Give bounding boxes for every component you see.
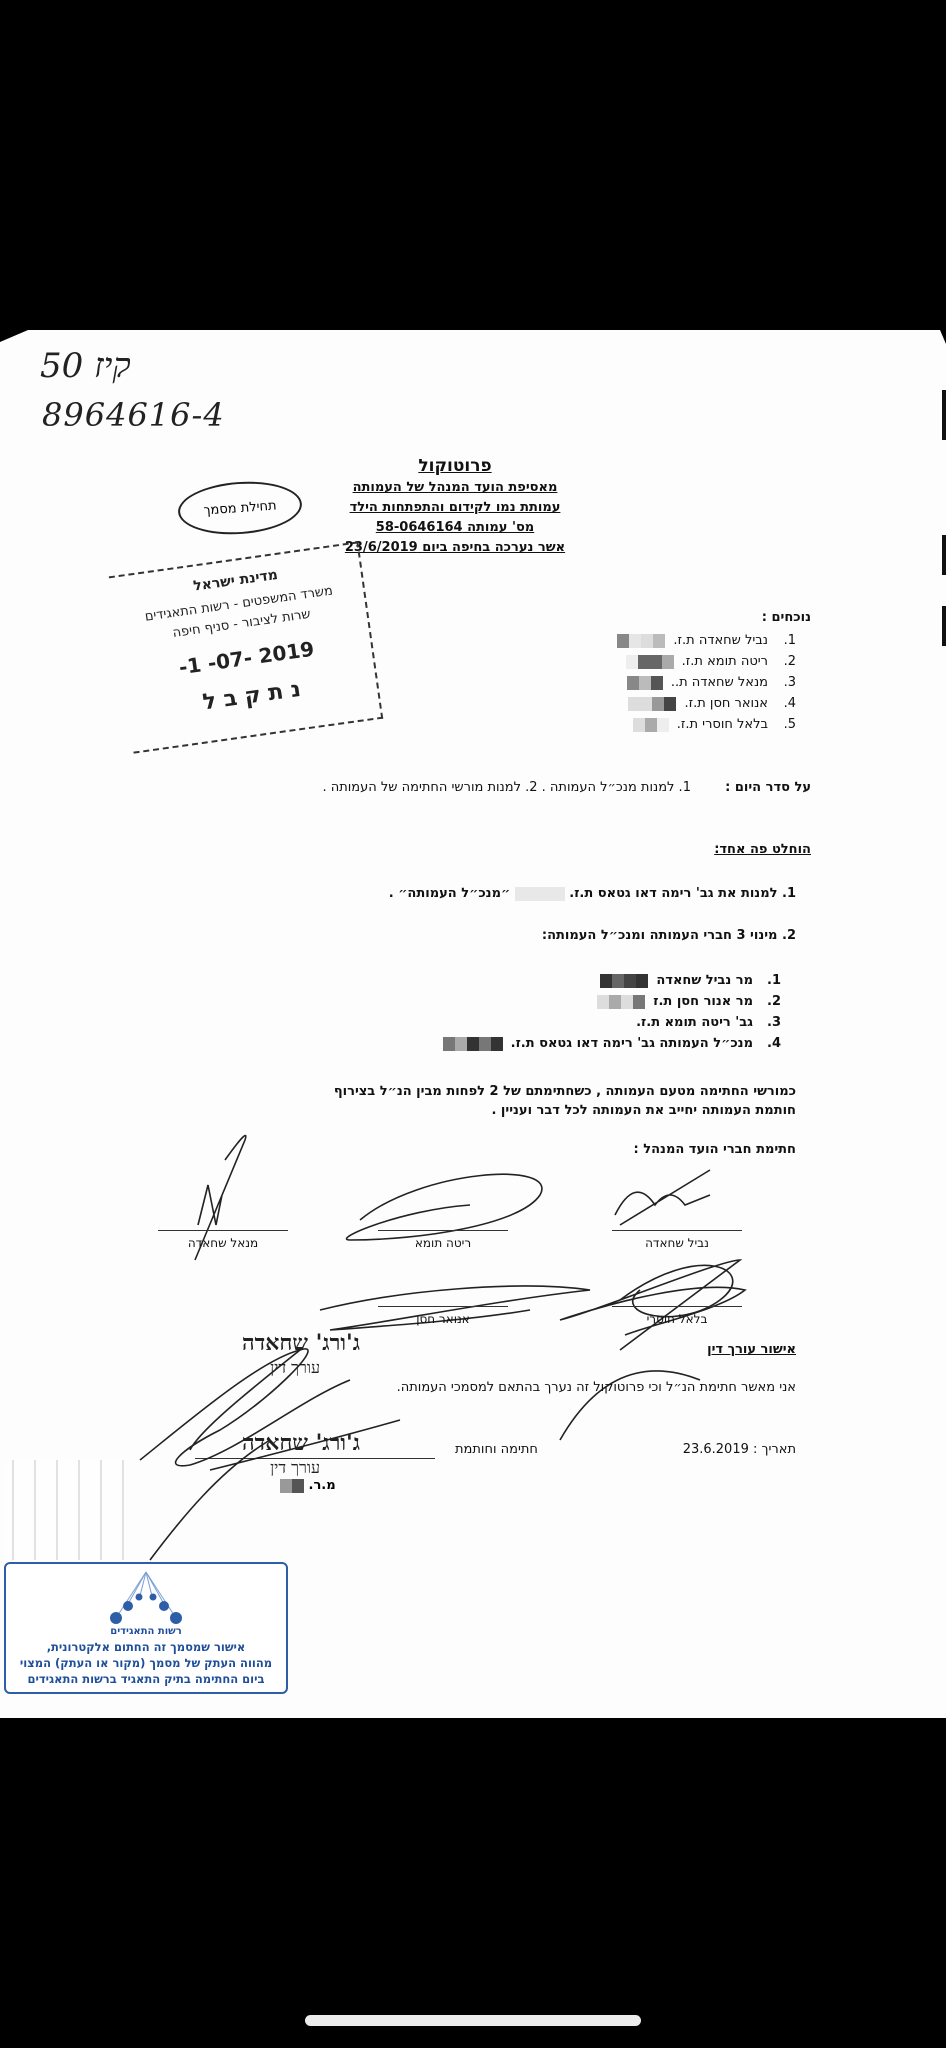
signing-clause: כמורשי החתימה מטעם העמותה , כשחתימתם של …	[156, 1082, 796, 1120]
agenda-text: 1. למנות מנכ״ל העמותה . 2. למנות מורשי ה…	[322, 780, 691, 795]
registration-number: מס' עמותה 58-0646164	[330, 518, 580, 538]
page-edge	[942, 535, 946, 575]
approval-date-row: תאריך : 23.6.2019	[683, 1442, 796, 1457]
attendee-item: 5.בלאל חוסרי ת.ז.	[496, 714, 796, 735]
lawyer-signature	[100, 1320, 420, 1570]
resolution-item-1: 1. למנות את גב' רימה דאו גטאס ת.ז. ״מנכ״…	[156, 886, 796, 901]
clause-line-1: כמורשי החתימה מטעם העמותה , כשחתימתם של …	[156, 1082, 796, 1101]
item-number: 2.	[782, 928, 796, 943]
attendee-text: אנואר חסן ת.ז.	[684, 696, 768, 711]
redaction	[628, 697, 676, 711]
item-number: 2.	[776, 654, 796, 669]
item-number: 3.	[776, 675, 796, 690]
scan-artifact	[4, 1460, 124, 1560]
redaction	[600, 974, 648, 988]
signatory-text: מר נביל שחאדה	[656, 973, 753, 988]
seal-line-2: מהווה העתק של מסמך (מקור או העתק) המצוי	[6, 1656, 286, 1671]
registrar-logo-icon	[106, 1568, 186, 1626]
signatory-item: 3.גב' ריטה תומא ת.ז.	[361, 1012, 781, 1033]
item-number: 5.	[776, 717, 796, 732]
item-number: 4.	[776, 696, 796, 711]
document-start-oval: תחילת מסמך	[176, 478, 303, 539]
approval-date: 23.6.2019	[683, 1442, 749, 1457]
attendee-item: 3.מנאל שחאדה ת..	[496, 672, 796, 693]
attendee-text: ריטה תומא ת.ז.	[682, 654, 768, 669]
resolution-label: הוחלט פה אחד:	[714, 842, 811, 857]
home-indicator[interactable]	[305, 2015, 641, 2026]
signer-name: ריטה תומא	[378, 1236, 508, 1250]
signer-name: מנאל שחאדה	[158, 1236, 288, 1250]
attendee-item: 1.נביל שחאדה ת.ז.	[496, 630, 796, 651]
registrar-org: רשות התאגידים	[6, 1624, 286, 1639]
document-header: פרוטוקול מאסיפת הועד המנהל של העמותה עמו…	[330, 454, 580, 558]
item-number: 2.	[761, 994, 781, 1009]
attendee-text: בלאל חוסרי ת.ז.	[677, 717, 768, 732]
resolution-text: מינוי 3 חברי העמותה ומנכ״ל העמותה:	[542, 928, 778, 943]
signer-name: בלאל חוסרי	[612, 1312, 742, 1326]
lawyer-approval-label: אישור עורך דין	[707, 1342, 796, 1357]
redaction	[597, 995, 645, 1009]
scanned-document-page: קיז 50 8964616-4 פרוטוקול מאסיפת הועד המ…	[0, 330, 946, 1718]
registrar-seal: רשות התאגידים אישור שמסמך זה החתום אלקטר…	[4, 1562, 288, 1694]
signatories-list: 1.מר נביל שחאדה 2.מר אנור חסן ת.ז 3.גב' …	[361, 970, 781, 1054]
handwritten-file-number: 8964616-4	[42, 396, 225, 434]
signature-stamp-label: חתימה וחותמת	[455, 1442, 538, 1457]
received-stamp: מדינת ישראל משרד המשפטים - רשות התאגידים…	[109, 541, 383, 753]
signatory-text: גב' ריטה תומא ת.ז.	[636, 1015, 753, 1030]
document-subtitle: מאסיפת הועד המנהל של העמותה	[330, 478, 580, 498]
page-edge	[942, 390, 946, 440]
redaction	[633, 718, 669, 732]
agenda-label: על סדר היום :	[725, 780, 811, 795]
attendees-list: 1.נביל שחאדה ת.ז. 2.ריטה תומא ת.ז. 3.מנא…	[496, 630, 796, 735]
page-edge	[942, 606, 946, 646]
signatory-text: מר אנור חסן ת.ז	[653, 994, 753, 1009]
item-number: 3.	[761, 1015, 781, 1030]
resolution-text: למנות את גב' רימה דאו גטאס ת.ז.	[569, 886, 777, 901]
resolution-item-2: 2. מינוי 3 חברי העמותה ומנכ״ל העמותה:	[542, 928, 796, 943]
document-title: פרוטוקול	[330, 454, 580, 478]
signature-line	[612, 1230, 742, 1231]
signature-line	[158, 1230, 288, 1231]
redaction	[443, 1037, 503, 1051]
signer-name: נביל שחאדה	[612, 1236, 742, 1250]
item-number: 1.	[761, 973, 781, 988]
attendees-label: נוכחים :	[762, 610, 811, 625]
redaction	[626, 655, 674, 669]
agenda-row: על סדר היום : 1. למנות מנכ״ל העמותה . 2.…	[111, 780, 811, 795]
clause-line-2: חותמת העמותה יחייב את העמותה לכל דבר וענ…	[156, 1101, 796, 1120]
oval-label: תחילת מסמך	[203, 498, 277, 518]
signature-line	[378, 1230, 508, 1231]
signatory-item: 4.מנכ״ל העמותה גב' רימה דאו גטאס ת.ז.	[361, 1033, 781, 1054]
signature-line	[378, 1306, 508, 1307]
signatory-item: 2.מר אנור חסן ת.ז	[361, 991, 781, 1012]
attendee-text: מנאל שחאדה ת..	[671, 675, 768, 690]
seal-line-3: ביום החתימה בתיק התאגיד ברשות התאגידים	[6, 1672, 286, 1687]
redaction	[627, 676, 663, 690]
item-number: 1.	[776, 633, 796, 648]
attendee-item: 4.אנואר חסן ת.ז.	[496, 693, 796, 714]
item-number: 1.	[782, 886, 796, 901]
signatory-text: מנכ״ל העמותה גב' רימה דאו גטאס ת.ז.	[511, 1036, 753, 1051]
handwritten-file-ref: קיז 50	[40, 346, 131, 386]
attendee-item: 2.ריטה תומא ת.ז.	[496, 651, 796, 672]
redaction	[617, 634, 665, 648]
attendee-text: נביל שחאדה ת.ז.	[673, 633, 768, 648]
redaction	[515, 887, 565, 901]
item-number: 4.	[761, 1036, 781, 1051]
resolution-suffix: ״מנכ״ל העמותה״ .	[389, 886, 510, 901]
date-label: תאריך :	[753, 1442, 796, 1457]
meeting-held-at: אשר נערכה בחיפה ביום 23/6/2019	[330, 538, 580, 558]
organization-name: עמותת נמו לקידום והתפתחות הילד	[330, 498, 580, 518]
signatory-item: 1.מר נביל שחאדה	[361, 970, 781, 991]
seal-line-1: אישור שמסמך זה החתום אלקטרונית,	[6, 1640, 286, 1655]
signature-line	[612, 1306, 742, 1307]
